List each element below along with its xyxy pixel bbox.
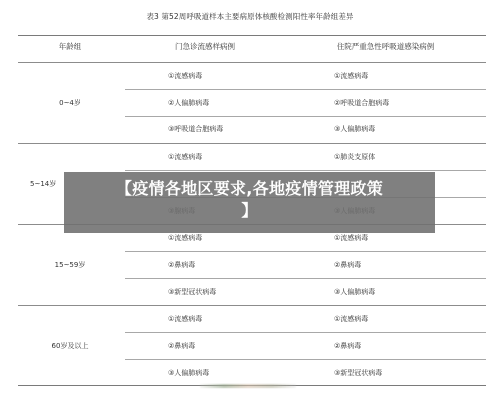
outpatient-cell: ③新型冠状病毒	[168, 287, 216, 297]
outpatient-cell: ①流感病毒	[168, 314, 202, 324]
inpatient-cell: ③人偏肺病毒	[334, 287, 375, 297]
inpatient-cell: ③新型冠状病毒	[334, 368, 382, 378]
outpatient-cell: ①流感病毒	[168, 71, 202, 81]
row-rule	[125, 332, 486, 333]
inpatient-cell: ②鼻病毒	[334, 260, 361, 270]
table-caption: 表3 第52周呼吸道样本主要病原体核酸检测阳性率年龄组差异	[0, 11, 500, 22]
row-rule	[125, 251, 486, 252]
outpatient-cell: ①流感病毒	[168, 233, 202, 243]
header-age-group: 年龄组	[15, 42, 125, 52]
header-inpatient: 住院严重急性呼吸道感染病例	[318, 42, 453, 52]
outpatient-cell: ③呼吸道合胞病毒	[168, 124, 223, 134]
group-rule	[18, 305, 486, 306]
outpatient-cell: ②鼻病毒	[168, 341, 195, 351]
inpatient-cell: ②鼻病毒	[334, 341, 361, 351]
row-rule	[125, 116, 486, 117]
row-rule	[125, 278, 486, 279]
title-overlay-banner: 【疫情各地区要求,各地疫情管理政策 】	[64, 172, 435, 233]
overlay-line-2: 】	[64, 200, 435, 222]
age-group-15-59: 15~59岁	[15, 260, 125, 270]
header-rule	[18, 62, 486, 63]
inpatient-cell: ①流感病毒	[334, 71, 368, 81]
inpatient-cell: ①流感病毒	[334, 233, 368, 243]
table-top-rule	[18, 35, 486, 36]
outpatient-cell: ②鼻病毒	[168, 260, 195, 270]
age-group-0-4: 0~4岁	[15, 98, 125, 108]
image-smudge	[200, 384, 296, 388]
outpatient-cell: ①流感病毒	[168, 152, 202, 162]
header-outpatient: 门急诊流感样病例	[160, 42, 250, 52]
age-group-5-14: 5~14岁	[30, 179, 56, 189]
outpatient-cell: ②人偏肺病毒	[168, 98, 209, 108]
overlay-line-1: 【疫情各地区要求,各地疫情管理政策	[116, 179, 383, 198]
age-group-60-plus: 60岁及以上	[15, 341, 125, 351]
row-rule	[125, 170, 486, 171]
group-rule	[18, 143, 486, 144]
inpatient-cell: ③人偏肺病毒	[334, 124, 375, 134]
row-rule	[125, 359, 486, 360]
outpatient-cell: ③人偏肺病毒	[168, 368, 209, 378]
row-rule	[125, 89, 486, 90]
inpatient-cell: ②呼吸道合胞病毒	[334, 98, 389, 108]
inpatient-cell: ①流感病毒	[334, 314, 368, 324]
inpatient-cell: ①肺炎支原体	[334, 152, 375, 162]
